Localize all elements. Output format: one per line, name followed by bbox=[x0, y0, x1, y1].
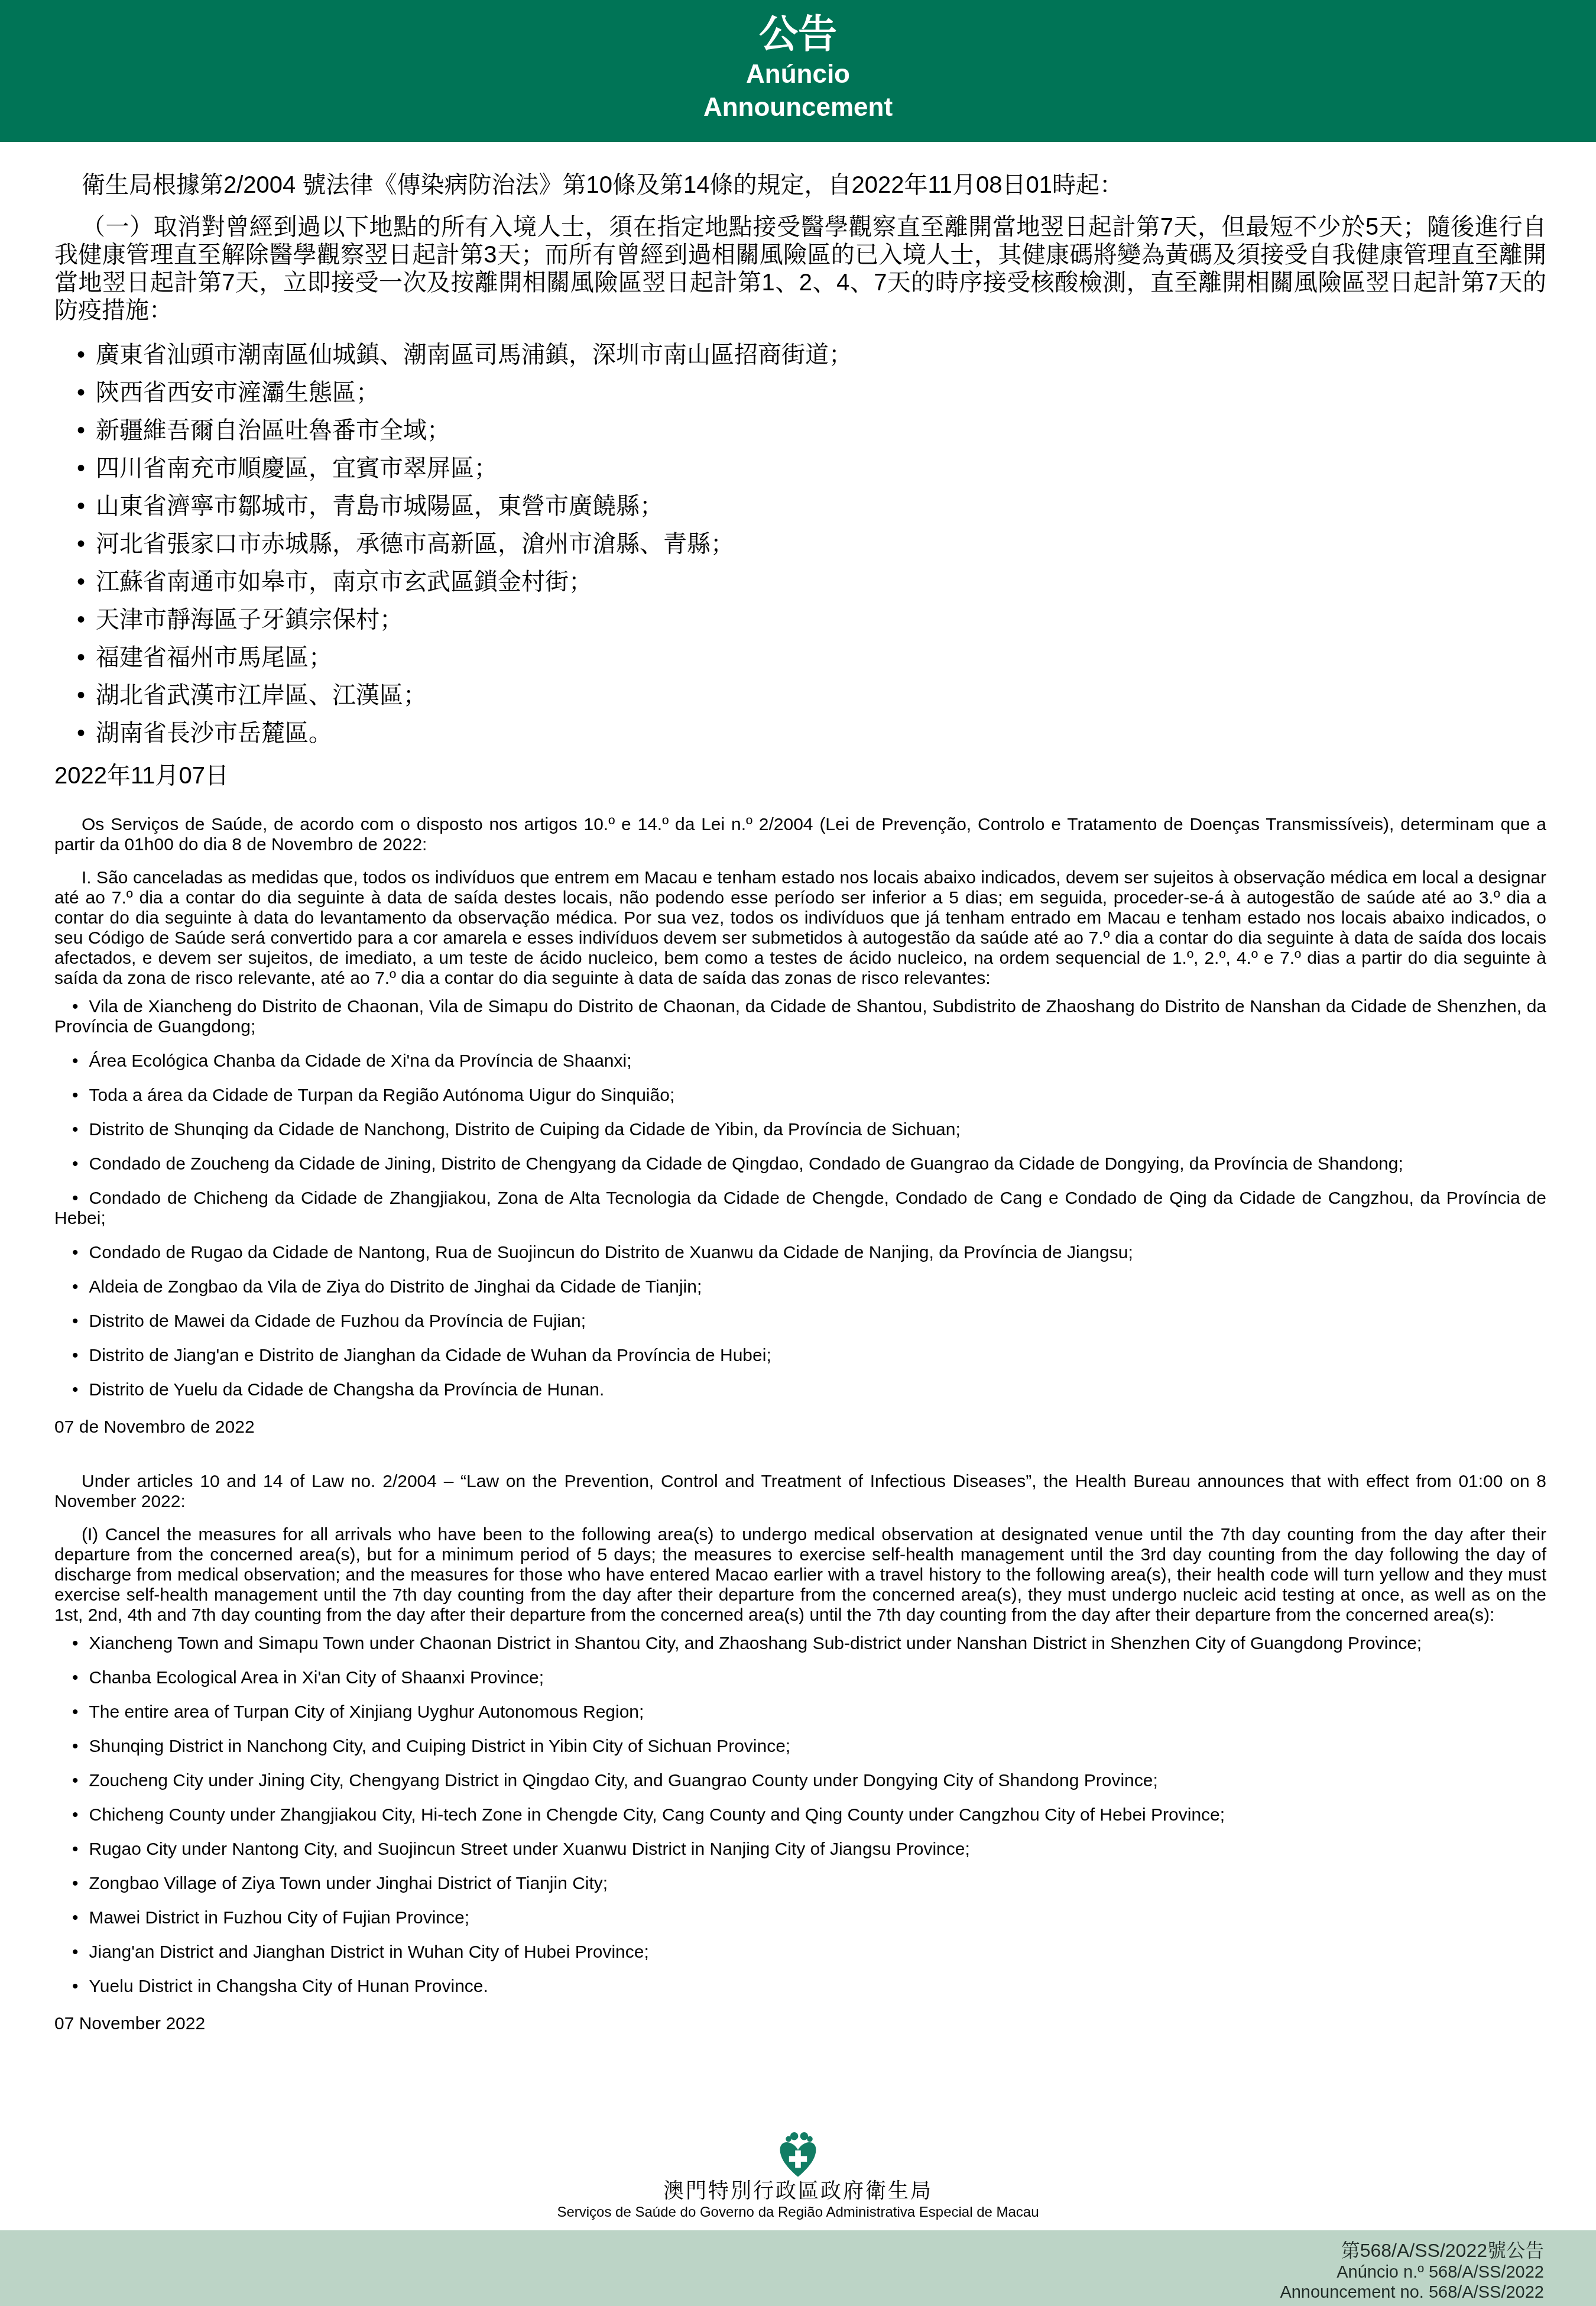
reference-bar: 第568/A/SS/2022號公告 Anúncio n.º 568/A/SS/2… bbox=[0, 2230, 1596, 2306]
list-item: Distrito de Yuelu da Cidade de Changsha … bbox=[54, 1380, 1546, 1400]
en-measures-paragraph: (I) Cancel the measures for all arrivals… bbox=[54, 1525, 1546, 1625]
zh-measures-paragraph: （一）取消對曾經到過以下地點的所有入境人士，須在指定地點接受醫學觀察直至離開當地… bbox=[54, 213, 1546, 325]
issuer-block: 澳門特別行政區政府衛生局 Serviços de Saúde do Govern… bbox=[0, 2131, 1596, 2220]
zh-date: 2022年11月07日 bbox=[54, 762, 1546, 790]
banner-title-en: Announcement bbox=[0, 91, 1596, 124]
list-item: Vila de Xiancheng do Distrito de Chaonan… bbox=[54, 997, 1546, 1037]
list-item: Condado de Chicheng da Cidade de Zhangji… bbox=[54, 1188, 1546, 1229]
list-item: Condado de Zoucheng da Cidade de Jining,… bbox=[54, 1154, 1546, 1174]
list-item: Chicheng County under Zhangjiakou City, … bbox=[54, 1805, 1546, 1825]
list-item: Jiang'an District and Jianghan District … bbox=[54, 1942, 1546, 1962]
issuer-name-zh: 澳門特別行政區政府衛生局 bbox=[0, 2178, 1596, 2204]
en-intro-paragraph: Under articles 10 and 14 of Law no. 2/20… bbox=[54, 1472, 1546, 1512]
pt-intro-paragraph: Os Serviços de Saúde, de acordo com o di… bbox=[54, 815, 1546, 855]
en-date: 07 November 2022 bbox=[54, 2013, 1546, 2034]
list-item: 湖北省武漢市江岸區、江漢區； bbox=[54, 682, 1546, 709]
list-item: Zongbao Village of Ziya Town under Jingh… bbox=[54, 1874, 1546, 1894]
pt-measures-paragraph: I. São canceladas as medidas que, todos … bbox=[54, 868, 1546, 989]
list-item: 福建省福州市馬尾區； bbox=[54, 644, 1546, 671]
list-item: Xiancheng Town and Simapu Town under Cha… bbox=[54, 1634, 1546, 1654]
section-english: Under articles 10 and 14 of Law no. 2/20… bbox=[54, 1472, 1546, 2034]
list-item: Distrito de Jiang'an e Distrito de Jiang… bbox=[54, 1346, 1546, 1366]
list-item: Condado de Rugao da Cidade de Nantong, R… bbox=[54, 1243, 1546, 1263]
list-item: Rugao City under Nantong City, and Suoji… bbox=[54, 1839, 1546, 1860]
banner-title-pt: Anúncio bbox=[0, 58, 1596, 91]
list-item: 陝西省西安市滻灞生態區； bbox=[54, 379, 1546, 406]
document-body: 衛生局根據第2/2004 號法律《傳染病防治法》第10條及第14條的規定，自20… bbox=[0, 171, 1596, 2034]
list-item: Zoucheng City under Jining City, Chengya… bbox=[54, 1771, 1546, 1791]
pt-risk-area-list: Vila de Xiancheng do Distrito de Chaonan… bbox=[54, 997, 1546, 1400]
health-bureau-logo-icon bbox=[773, 2131, 823, 2178]
list-item: Yuelu District in Changsha City of Hunan… bbox=[54, 1977, 1546, 1997]
list-item: Área Ecológica Chanba da Cidade de Xi'na… bbox=[54, 1051, 1546, 1071]
banner-title-zh: 公告 bbox=[0, 9, 1596, 58]
list-item: 四川省南充市順慶區，宜賓市翠屏區； bbox=[54, 455, 1546, 482]
list-item: 新疆維吾爾自治區吐魯番市全域； bbox=[54, 417, 1546, 444]
list-item: 江蘇省南通市如皋市，南京市玄武區鎖金村街； bbox=[54, 568, 1546, 595]
list-item: Mawei District in Fuzhou City of Fujian … bbox=[54, 1908, 1546, 1928]
zh-intro-paragraph: 衛生局根據第2/2004 號法律《傳染病防治法》第10條及第14條的規定，自20… bbox=[54, 171, 1546, 199]
announcement-number-pt: Anúncio n.º 568/A/SS/2022 bbox=[0, 2262, 1544, 2282]
list-item: Chanba Ecological Area in Xi'an City of … bbox=[54, 1668, 1546, 1688]
list-item: 湖南省長沙市岳麓區。 bbox=[54, 720, 1546, 747]
list-item: Toda a área da Cidade de Turpan da Regiã… bbox=[54, 1086, 1546, 1106]
list-item: 天津市靜海區子牙鎮宗保村； bbox=[54, 606, 1546, 633]
list-item: Distrito de Shunqing da Cidade de Nancho… bbox=[54, 1120, 1546, 1140]
list-item: Aldeia de Zongbao da Vila de Ziya do Dis… bbox=[54, 1277, 1546, 1297]
section-portuguese: Os Serviços de Saúde, de acordo com o di… bbox=[54, 815, 1546, 1437]
list-item: 山東省濟寧市鄒城市，青島市城陽區，東營市廣饒縣； bbox=[54, 493, 1546, 520]
list-item: Distrito de Mawei da Cidade de Fuzhou da… bbox=[54, 1311, 1546, 1332]
section-chinese: 衛生局根據第2/2004 號法律《傳染病防治法》第10條及第14條的規定，自20… bbox=[54, 171, 1546, 790]
list-item: Shunqing District in Nanchong City, and … bbox=[54, 1737, 1546, 1757]
announcement-number-en: Announcement no. 568/A/SS/2022 bbox=[0, 2282, 1544, 2302]
pt-date: 07 de Novembro de 2022 bbox=[54, 1417, 1546, 1437]
zh-risk-area-list: 廣東省汕頭市潮南區仙城鎮、潮南區司馬浦鎮，深圳市南山區招商街道； 陝西省西安市滻… bbox=[54, 341, 1546, 747]
list-item: 河北省張家口市赤城縣，承德市高新區，滄州市滄縣、青縣； bbox=[54, 530, 1546, 558]
en-risk-area-list: Xiancheng Town and Simapu Town under Cha… bbox=[54, 1634, 1546, 1997]
issuer-name-pt: Serviços de Saúde do Governo da Região A… bbox=[0, 2204, 1596, 2220]
announcement-number-zh: 第568/A/SS/2022號公告 bbox=[0, 2239, 1544, 2262]
header-banner: 公告 Anúncio Announcement bbox=[0, 0, 1596, 142]
list-item: The entire area of Turpan City of Xinjia… bbox=[54, 1702, 1546, 1722]
list-item: 廣東省汕頭市潮南區仙城鎮、潮南區司馬浦鎮，深圳市南山區招商街道； bbox=[54, 341, 1546, 368]
announcement-page: 公告 Anúncio Announcement 衛生局根據第2/2004 號法律… bbox=[0, 0, 1596, 2306]
